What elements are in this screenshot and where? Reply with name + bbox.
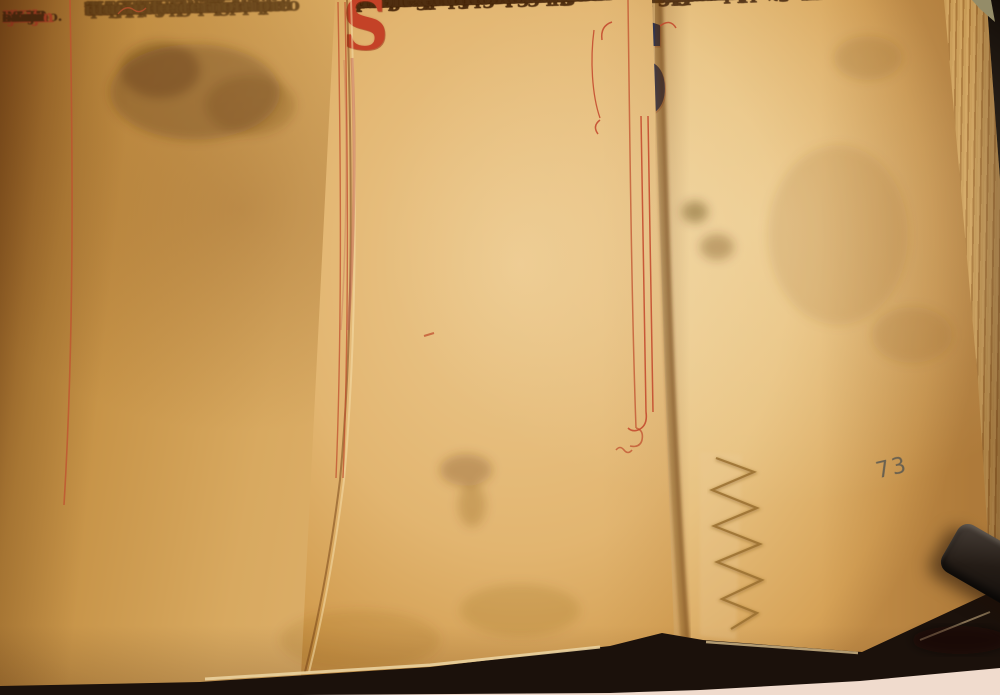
decorated-initial-red: S: [342, 0, 389, 60]
text-line: rē nō odit non potest: [642, 0, 868, 10]
marginalia-item: es. Jd: [2, 5, 45, 32]
text-line: uxorē et filios 8 et cēēs: [354, 0, 603, 16]
text-line: iuuē uīt e ternorū: [84, 0, 255, 25]
marginalia-column: e mnēe. Geo 8ij. ijt uul. AHomomo. Piust…: [2, 5, 80, 6]
folio-number: 73: [874, 453, 911, 485]
manuscript-photo: e mnēe. Geo 8ij. ijt uul. AHomomo. Piust…: [0, 0, 1000, 695]
